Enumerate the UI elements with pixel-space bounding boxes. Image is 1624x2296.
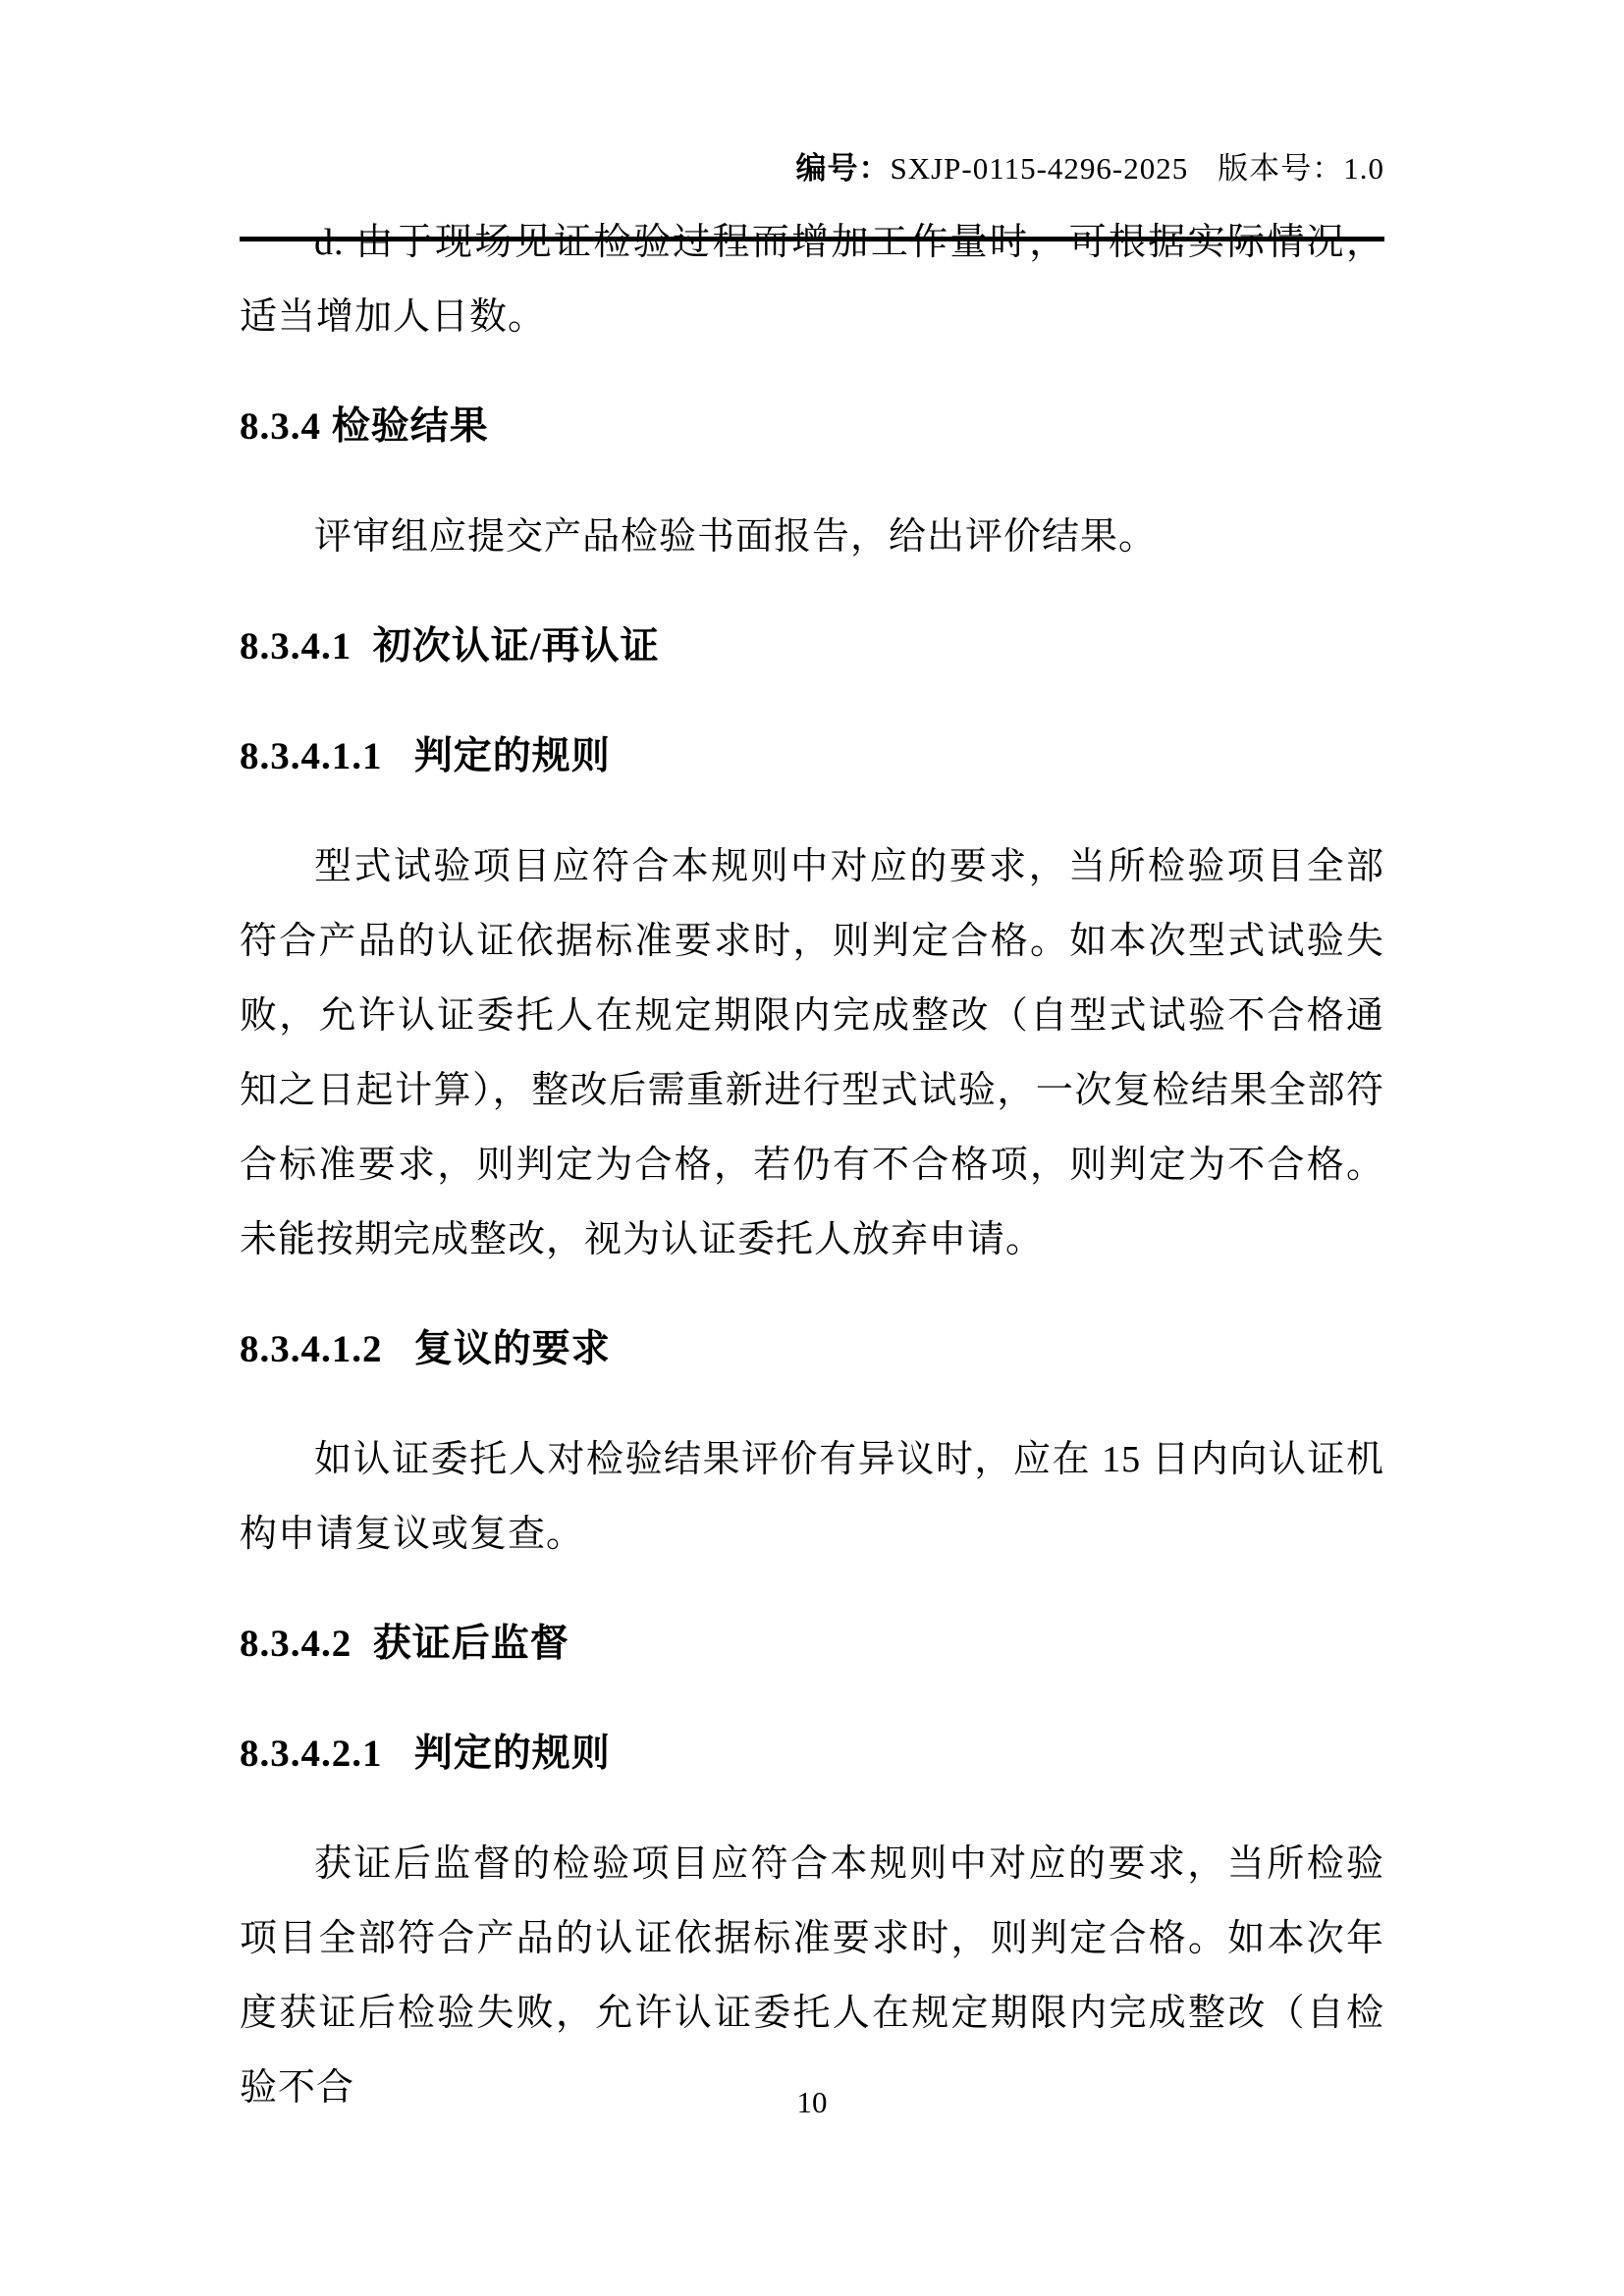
document-page: 编号：SXJP-0115-4296-2025版本号：1.0 d. 由于现场见证检… — [0, 0, 1624, 2296]
paragraph-post-cert-rules: 获证后监督的检验项目应符合本规则中对应的要求，当所检验项目全部符合产品的认证依据… — [240, 1827, 1384, 2125]
doc-number-label: 编号： — [795, 151, 890, 186]
heading-8-3-4-inspection-results: 8.3.4 检验结果 — [240, 390, 1384, 464]
list-item-d: d. 由于现场见证检验过程而增加工作量时，可根据实际情况，适当增加人日数。 — [240, 205, 1384, 354]
version-label: 版本号： — [1218, 151, 1343, 186]
heading-8-3-4-1-2-review-requirements: 8.3.4.1.2 复议的要求 — [240, 1312, 1384, 1387]
doc-number-value: SXJP-0115-4296-2025 — [890, 151, 1188, 186]
paragraph-inspection-report: 评审组应提交产品检验书面报告，给出评价结果。 — [240, 500, 1384, 574]
page-footer: 10 — [0, 2085, 1624, 2120]
heading-8-3-4-2-post-certification-supervision: 8.3.4.2 获证后监督 — [240, 1607, 1384, 1682]
heading-8-3-4-2-1-judgement-rules: 8.3.4.2.1 判定的规则 — [240, 1717, 1384, 1791]
paragraph-type-test-rules: 型式试验项目应符合本规则中对应的要求，当所检验项目全部符合产品的认证依据标准要求… — [240, 829, 1384, 1277]
document-body: d. 由于现场见证检验过程而增加工作量时，可根据实际情况，适当增加人日数。 8.… — [240, 187, 1384, 2125]
paragraph-appeal-15-days: 如认证委托人对检验结果评价有异议时，应在 15 日内向认证机构申请复议或复查。 — [240, 1422, 1384, 1572]
page-number: 10 — [797, 2085, 828, 2119]
version-value: 1.0 — [1343, 151, 1384, 186]
heading-8-3-4-1-1-judgement-rules: 8.3.4.1.1 判定的规则 — [240, 720, 1384, 794]
heading-8-3-4-1-initial-recertification: 8.3.4.1 初次认证/再认证 — [240, 610, 1384, 684]
